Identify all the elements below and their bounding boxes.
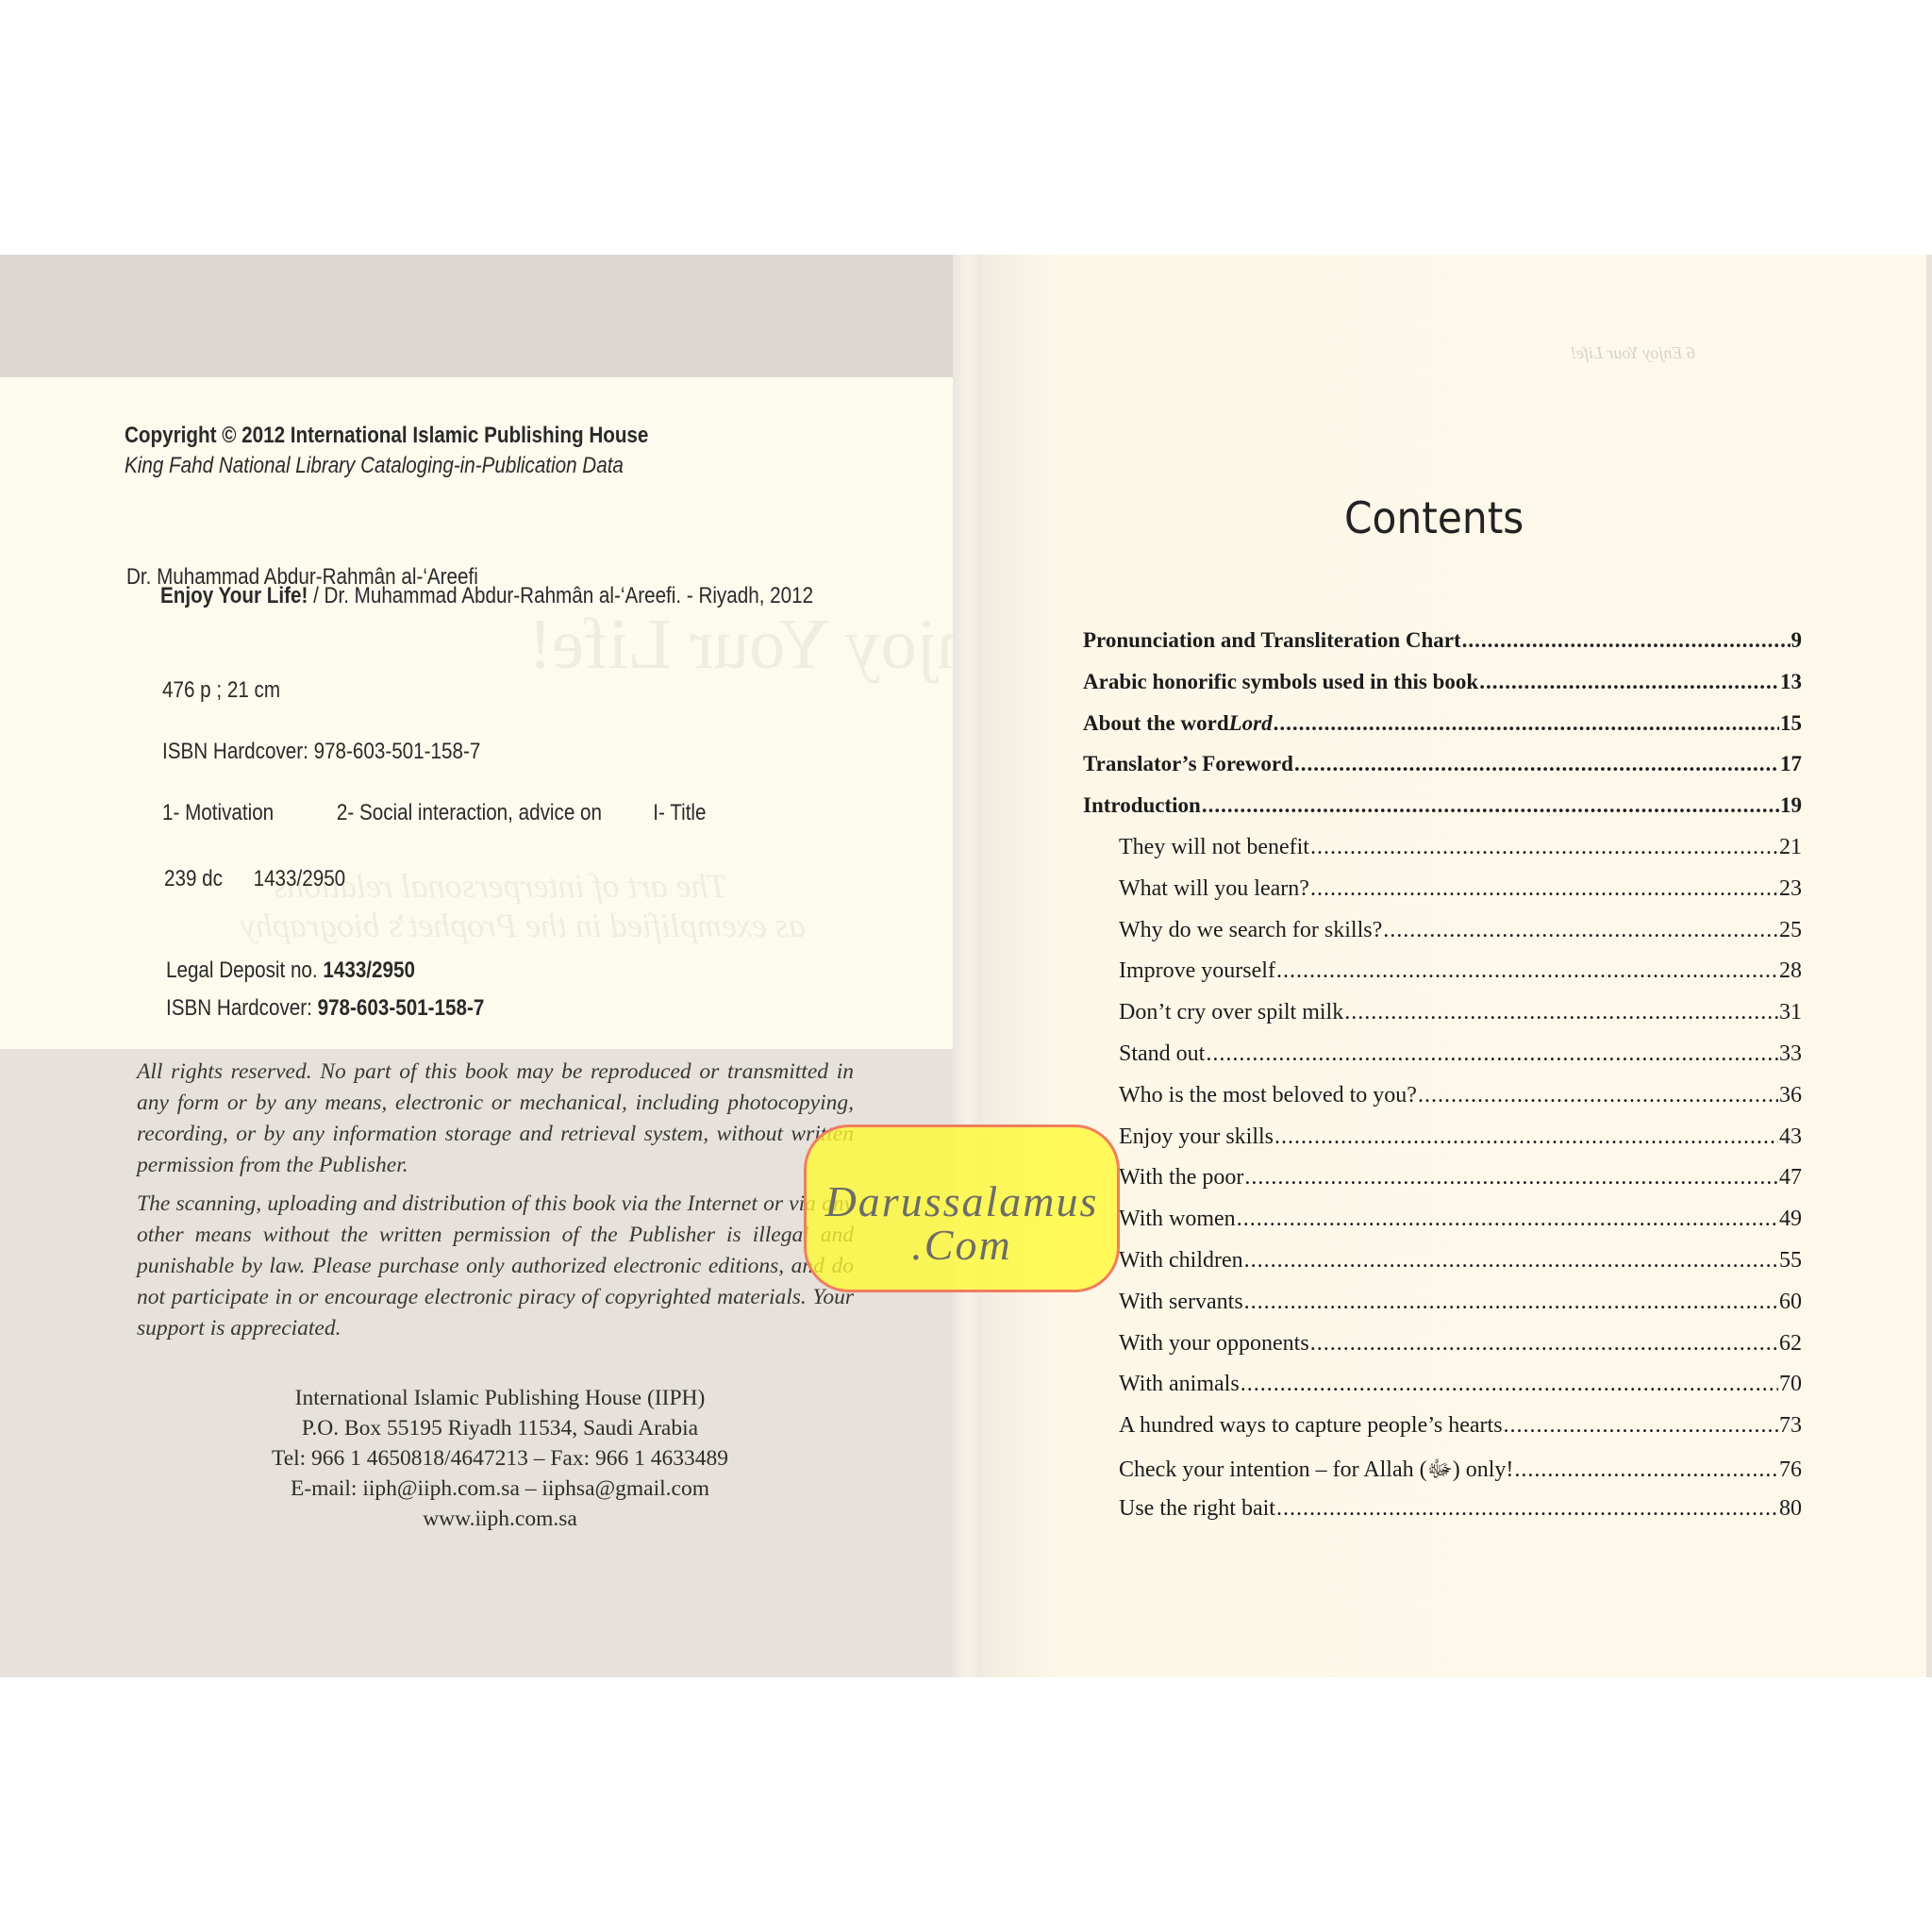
toc-entry-title: About the word <box>1083 711 1229 736</box>
toc-page-number: 19 <box>1780 793 1802 818</box>
toc-leader-dots <box>1504 1413 1778 1439</box>
isbn-hardcover: ISBN Hardcover: 978-603-501-158-7 <box>166 995 484 1022</box>
toc-entry-title-italic: Lord <box>1229 711 1273 736</box>
legal-deposit-label: Legal Deposit no. <box>166 958 323 983</box>
toc-entry-title: Why do we search for skills? <box>1119 918 1382 943</box>
toc-page-number: 55 <box>1779 1248 1802 1274</box>
toc-page-number: 13 <box>1780 670 1802 694</box>
book-spread: Enjoy Your Life! The art of interpersona… <box>0 255 1932 1677</box>
classification-number: 1433/2950 <box>254 866 346 891</box>
toc-entry-title: They will not benefit <box>1119 835 1309 860</box>
toc-leader-dots <box>1244 1165 1778 1191</box>
toc-leader-dots <box>1274 1124 1778 1150</box>
toc-leader-dots <box>1310 876 1778 902</box>
toc-entry: Stand out33 <box>1083 1041 1802 1083</box>
toc-page-number: 60 <box>1779 1290 1802 1315</box>
toc-entry-title: Use the right bait <box>1119 1496 1275 1522</box>
toc-entry-title: With children <box>1119 1248 1243 1274</box>
book-title: Enjoy Your Life! <box>160 583 308 608</box>
toc-entry: Translator’s Foreword17 <box>1083 752 1802 793</box>
toc-leader-dots <box>1514 1457 1778 1483</box>
toc-leader-dots <box>1244 1290 1778 1315</box>
toc-entry-title: Stand out <box>1119 1041 1205 1067</box>
cip-pages: 476 p ; 21 cm <box>162 677 280 704</box>
toc-entry: Improve yourself28 <box>1083 958 1802 1000</box>
publisher-email: E-mail: iiph@iiph.com.sa – iiphsa@gmail.… <box>142 1474 858 1504</box>
toc-entry: With animals70 <box>1083 1372 1802 1413</box>
darussalamus-watermark: Darussalamus .Com <box>804 1124 1120 1292</box>
top-gray-band <box>0 255 953 377</box>
toc-page-number: 70 <box>1779 1372 1802 1397</box>
toc-page-number: 33 <box>1779 1041 1802 1067</box>
toc-leader-dots <box>1462 628 1790 653</box>
toc-entry: Check your intention – for Allah (ﷻ) onl… <box>1083 1455 1802 1496</box>
page-edge <box>1926 255 1932 1677</box>
toc-entry: Arabic honorific symbols used in this bo… <box>1083 670 1802 711</box>
bleed-through-running-head: 6 Enjoy Your Life! <box>1571 343 1695 363</box>
cip-classification: 239 dc1433/2950 <box>164 866 489 892</box>
copyright-page: Enjoy Your Life! The art of interpersona… <box>0 255 953 1677</box>
publisher-po-box: P.O. Box 55195 Riyadh 11534, Saudi Arabi… <box>142 1413 858 1443</box>
toc-page-number: 76 <box>1779 1457 1802 1483</box>
publisher-address: International Islamic Publishing House (… <box>142 1383 858 1534</box>
publisher-phone: Tel: 966 1 4650818/4647213 – Fax: 966 1 … <box>142 1443 858 1474</box>
toc-entry-title: Check your intention – for Allah (ﷻ) onl… <box>1119 1455 1513 1488</box>
toc-entry: They will not benefit21 <box>1083 835 1802 876</box>
toc-entry: With children55 <box>1083 1248 1802 1290</box>
toc-page-number: 62 <box>1779 1331 1802 1357</box>
toc-entry-title: With your opponents <box>1119 1331 1309 1357</box>
toc-entry-title: Arabic honorific symbols used in this bo… <box>1083 670 1478 694</box>
toc-leader-dots <box>1202 793 1779 818</box>
toc-page-number: 9 <box>1791 628 1803 653</box>
cip-isbn: ISBN Hardcover: 978-603-501-158-7 <box>162 739 480 765</box>
toc-entry: With the poor47 <box>1083 1165 1802 1207</box>
table-of-contents: Pronunciation and Transliteration Chart9… <box>1083 628 1802 1538</box>
toc-entry: With servants60 <box>1083 1290 1802 1331</box>
toc-entry-title: A hundred ways to capture people’s heart… <box>1119 1413 1503 1439</box>
toc-leader-dots <box>1383 918 1778 943</box>
toc-page-number: 23 <box>1779 876 1802 902</box>
cip-subjects: 1- Motivation2- Social interaction, advi… <box>162 800 876 826</box>
toc-page-number: 17 <box>1780 752 1802 776</box>
toc-entry-title: Pronunciation and Transliteration Chart <box>1083 628 1461 653</box>
toc-entry: Who is the most beloved to you?36 <box>1083 1083 1802 1124</box>
toc-leader-dots <box>1310 835 1778 860</box>
bleed-through-subtitle-2: as exemplified in the Prophet’s biograph… <box>241 906 806 945</box>
toc-leader-dots <box>1418 1083 1778 1108</box>
toc-page-number: 25 <box>1779 918 1802 943</box>
toc-entry-title: With women <box>1119 1207 1236 1232</box>
dewey-class: 239 dc <box>164 866 254 892</box>
toc-page-number: 31 <box>1779 1000 1802 1025</box>
toc-entry-title: Who is the most beloved to you? <box>1119 1083 1417 1108</box>
rights-paragraph-1: All rights reserved. No part of this boo… <box>137 1057 854 1181</box>
toc-leader-dots <box>1310 1331 1778 1357</box>
isbn-label: ISBN Hardcover: <box>166 995 318 1021</box>
publisher-name: International Islamic Publishing House (… <box>142 1383 858 1413</box>
toc-entry: With your opponents62 <box>1083 1331 1802 1373</box>
legal-deposit: Legal Deposit no. 1433/2950 <box>166 958 415 984</box>
toc-page-number: 73 <box>1779 1413 1802 1439</box>
toc-page-number: 47 <box>1779 1165 1802 1191</box>
toc-page-number: 49 <box>1779 1207 1802 1232</box>
toc-page-number: 43 <box>1779 1124 1802 1150</box>
toc-leader-dots <box>1276 1496 1778 1522</box>
toc-entry: Enjoy your skills43 <box>1083 1124 1802 1166</box>
toc-entry: Why do we search for skills?25 <box>1083 918 1802 959</box>
cataloging-line: King Fahd National Library Cataloging-in… <box>125 453 624 479</box>
subject-1: 1- Motivation <box>162 800 337 826</box>
toc-entry: About the word Lord15 <box>1083 711 1802 753</box>
toc-entry: Introduction19 <box>1083 793 1802 835</box>
toc-leader-dots <box>1274 711 1779 736</box>
publisher-website: www.iiph.com.sa <box>142 1504 858 1534</box>
toc-entry-title: What will you learn? <box>1119 876 1309 902</box>
copyright-line: Copyright © 2012 International Islamic P… <box>125 423 648 449</box>
toc-leader-dots <box>1294 752 1779 776</box>
toc-entry: With women49 <box>1083 1207 1802 1248</box>
subject-title: I- Title <box>653 800 706 826</box>
toc-entry-title: Translator’s Foreword <box>1083 752 1293 776</box>
toc-leader-dots <box>1479 670 1779 694</box>
toc-entry: Don’t cry over spilt milk31 <box>1083 1000 1802 1041</box>
toc-leader-dots <box>1241 1372 1778 1397</box>
toc-entry-title: Enjoy your skills <box>1119 1124 1274 1150</box>
cip-title: Enjoy Your Life! / Dr. Muhammad Abdur-Ra… <box>160 580 825 612</box>
toc-leader-dots <box>1237 1207 1778 1232</box>
toc-page-number: 28 <box>1779 958 1802 984</box>
toc-leader-dots <box>1206 1041 1778 1067</box>
toc-entry-title: Don’t cry over spilt milk <box>1119 1000 1343 1025</box>
toc-entry-title: Introduction <box>1083 793 1201 818</box>
toc-entry-title: With servants <box>1119 1290 1243 1315</box>
toc-page-number: 36 <box>1779 1083 1802 1108</box>
toc-leader-dots <box>1344 1000 1778 1025</box>
toc-page-number: 15 <box>1780 711 1802 736</box>
rights-paragraph-2: The scanning, uploading and distribution… <box>137 1189 854 1344</box>
toc-page-number: 80 <box>1779 1496 1802 1522</box>
toc-entry: Use the right bait80 <box>1083 1496 1802 1538</box>
legal-deposit-value: 1433/2950 <box>323 958 415 983</box>
watermark-line-2: .Com <box>807 1220 1117 1270</box>
subject-2: 2- Social interaction, advice on <box>337 800 653 826</box>
toc-entry-title: With animals <box>1119 1372 1240 1397</box>
bleed-through-title: Enjoy Your Life! <box>528 604 1016 686</box>
cip-title-rest: / Dr. Muhammad Abdur-Rahmân al-‘Areefi. … <box>308 583 813 608</box>
toc-entry-title: Improve yourself <box>1119 958 1275 984</box>
toc-leader-dots <box>1244 1248 1778 1274</box>
toc-leader-dots <box>1276 958 1778 984</box>
toc-entry: What will you learn?23 <box>1083 876 1802 918</box>
isbn-value: 978-603-501-158-7 <box>318 995 485 1021</box>
toc-entry-title: With the poor <box>1119 1165 1243 1191</box>
contents-heading: Contents <box>1344 492 1524 543</box>
toc-entry: Pronunciation and Transliteration Chart9 <box>1083 628 1802 670</box>
toc-entry: A hundred ways to capture people’s heart… <box>1083 1413 1802 1455</box>
toc-page-number: 21 <box>1779 835 1802 860</box>
